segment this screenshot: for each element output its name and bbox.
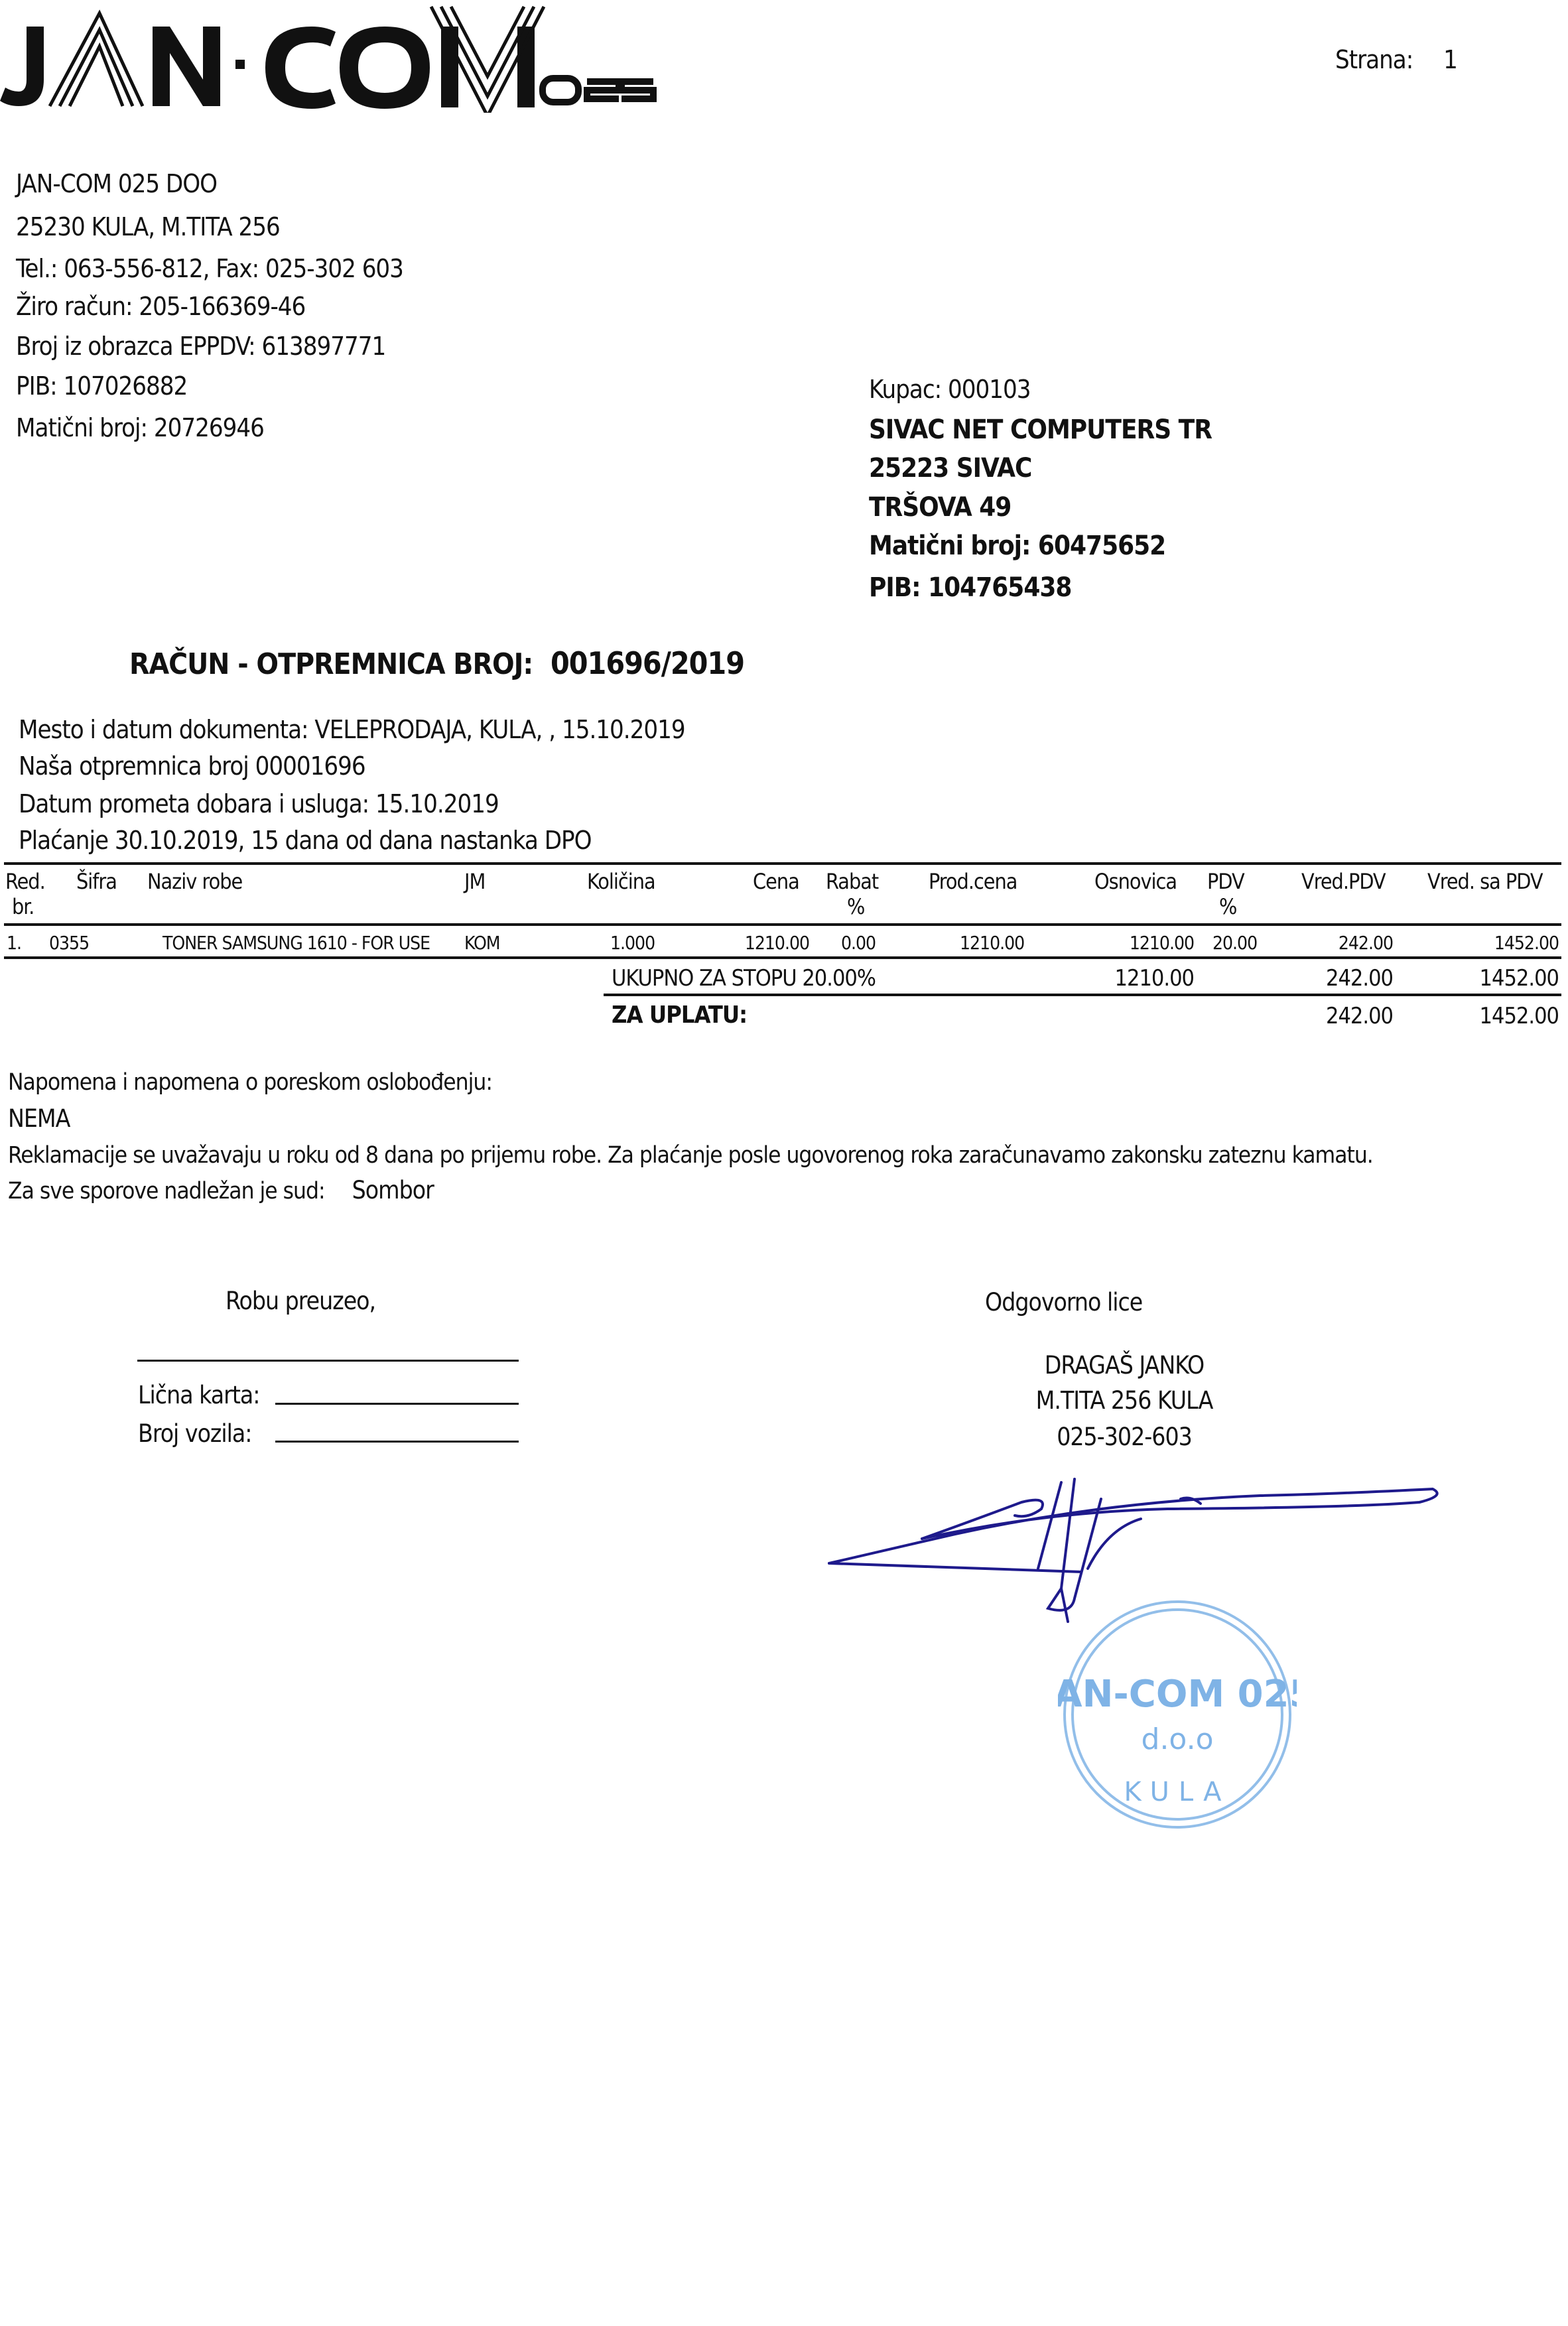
col-header-pdv-pct: %	[1219, 894, 1236, 919]
page-label: Strana: 1	[1335, 45, 1457, 74]
document-title: RAČUN - OTPREMNICA BROJ: 001696/2019	[129, 645, 744, 681]
complaints-text: Reklamacije se uvažavaju u roku od 8 dan…	[8, 1142, 1373, 1169]
document-title-label: RAČUN - OTPREMNICA BROJ:	[129, 647, 533, 681]
responsible-address: M.TITA 256 KULA	[902, 1386, 1346, 1415]
col-header-rabat-pct: %	[847, 894, 864, 919]
table-header-rule	[4, 923, 1561, 926]
cell-kolicina: 1.000	[610, 932, 655, 954]
total-vredpdv: 242.00	[1287, 1003, 1393, 1029]
note-label: Napomena i napomena o poreskom oslobođen…	[8, 1069, 492, 1096]
responsible-name: DRAGAŠ JANKO	[902, 1351, 1346, 1380]
vehicle-field[interactable]	[275, 1441, 519, 1443]
court-value: Sombor	[352, 1176, 434, 1204]
received-label: Robu preuzeo,	[226, 1287, 375, 1315]
col-header-prodcena: Prod.cena	[929, 869, 1017, 894]
table-top-rule	[4, 862, 1561, 865]
id-card-field[interactable]	[275, 1403, 519, 1405]
id-card-label: Lična karta:	[138, 1381, 260, 1409]
page-number: 1	[1443, 45, 1457, 74]
col-header-osnovica: Osnovica	[1094, 869, 1177, 894]
seller-name: JAN-COM 025 DOO	[16, 169, 217, 198]
document-payment: Plaćanje 30.10.2019, 15 dana od dana nas…	[19, 826, 592, 855]
seller-bank-account: Žiro račun: 205-166369-46	[16, 292, 305, 321]
cell-red: 1.	[7, 932, 21, 954]
table-row-rule	[4, 956, 1561, 959]
col-header-pdv: PDV	[1207, 869, 1244, 894]
subtotal-vredpdv: 242.00	[1287, 965, 1393, 992]
buyer-name: SIVAC NET COMPUTERS TR	[869, 415, 1212, 445]
subtotal-label: UKUPNO ZA STOPU 20.00%	[612, 965, 876, 992]
col-header-jm: JM	[464, 869, 485, 894]
subtotal-vredsapdv: 1452.00	[1439, 965, 1559, 992]
col-header-red: Red.	[5, 869, 45, 894]
seller-registration: Matični broj: 20726946	[16, 413, 264, 442]
col-header-cena: Cena	[753, 869, 799, 894]
col-header-rabat: Rabat	[826, 869, 878, 894]
total-vredsapdv: 1452.00	[1439, 1003, 1559, 1029]
col-header-sifra: Šifra	[76, 869, 117, 894]
document-supply-date: Datum prometa dobara i usluga: 15.10.201…	[19, 789, 499, 818]
seller-contact: Tel.: 063-556-812, Fax: 025-302 603	[16, 254, 403, 283]
seller-pib: PIB: 107026882	[16, 371, 187, 401]
buyer-registration: Matični broj: 60475652	[869, 531, 1165, 561]
responsible-phone: 025-302-603	[902, 1423, 1346, 1451]
responsible-label: Odgovorno lice	[985, 1288, 1142, 1317]
vehicle-label: Broj vozila:	[138, 1419, 252, 1448]
col-header-red2: br.	[12, 894, 34, 919]
col-header-naziv: Naziv robe	[147, 869, 242, 894]
cell-vredpdv: 242.00	[1300, 932, 1393, 954]
col-header-vredsapdv: Vred. sa PDV	[1427, 869, 1543, 894]
stamp-line2: d.o.o	[1142, 1722, 1214, 1756]
cell-vredsapdv: 1452.00	[1446, 932, 1559, 954]
company-stamp: JAN-COM 025 d.o.o KULA	[1058, 1595, 1297, 1834]
cell-osnovica: 1210.00	[1094, 932, 1194, 954]
court-line: Za sve sporove nadležan je sud: Sombor	[8, 1176, 434, 1204]
col-header-vredpdv: Vred.PDV	[1301, 869, 1386, 894]
buyer-city: 25223 SIVAC	[869, 453, 1031, 484]
document-number: 001696/2019	[551, 645, 744, 681]
cell-naziv: TONER SAMSUNG 1610 - FOR USE	[163, 932, 430, 954]
total-label: ZA UPLATU:	[612, 1001, 747, 1029]
page-label-text: Strana:	[1335, 45, 1413, 74]
seller-address: 25230 KULA, M.TITA 256	[16, 212, 280, 241]
received-signature-line[interactable]	[137, 1360, 519, 1362]
buyer-pib: PIB: 104765438	[869, 572, 1071, 603]
cell-rabat: 0.00	[841, 932, 876, 954]
cell-pdv: 20.00	[1212, 932, 1257, 954]
seller-eppdv: Broj iz obrazca EPPDV: 613897771	[16, 332, 385, 361]
cell-sifra: 0355	[49, 932, 89, 954]
cell-cena: 1210.00	[716, 932, 809, 954]
court-label: Za sve sporove nadležan je sud:	[8, 1178, 325, 1204]
note-value: NEMA	[8, 1104, 70, 1133]
company-logo	[0, 0, 663, 113]
subtotal-osnovica: 1210.00	[1088, 965, 1194, 992]
buyer-street: TRŠOVA 49	[869, 492, 1011, 523]
document-delivery-note: Naša otpremnica broj 00001696	[19, 751, 365, 781]
cell-jm: KOM	[464, 932, 500, 954]
col-header-kolicina: Količina	[587, 869, 655, 894]
document-place-date: Mesto i datum dokumenta: VELEPRODAJA, KU…	[19, 715, 685, 744]
cell-prodcena: 1210.00	[960, 932, 1024, 954]
subtotal-rule	[604, 994, 1561, 996]
buyer-code: Kupac: 000103	[869, 375, 1031, 404]
stamp-line3: KULA	[1124, 1777, 1231, 1807]
stamp-line1: JAN-COM 025	[1058, 1673, 1297, 1716]
